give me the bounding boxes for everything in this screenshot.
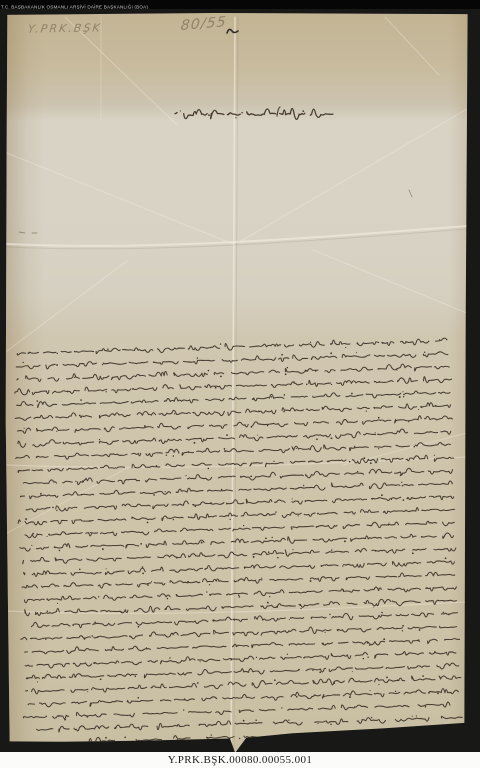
reference-caption: Y.PRK.BŞK.00080.00055.001 bbox=[168, 752, 313, 768]
caption-strip: Y.PRK.BŞK.00080.00055.001 bbox=[0, 752, 480, 768]
archive-header-bar: T.C. BAŞBAKANLIK OSMANLI ARŞİVİ DAİRE BA… bbox=[0, 0, 480, 9]
manuscript-paper: Y.PRK.BŞK 80/55 bbox=[5, 13, 469, 754]
archive-header-title: T.C. BAŞBAKANLIK OSMANLI ARŞİVİ DAİRE BA… bbox=[0, 5, 148, 9]
archive-scan-page: T.C. BAŞBAKANLIK OSMANLI ARŞİVİ DAİRE BA… bbox=[0, 0, 480, 768]
fond-code-annotation: Y.PRK.BŞK bbox=[27, 21, 102, 35]
handwriting-layer bbox=[5, 13, 469, 754]
